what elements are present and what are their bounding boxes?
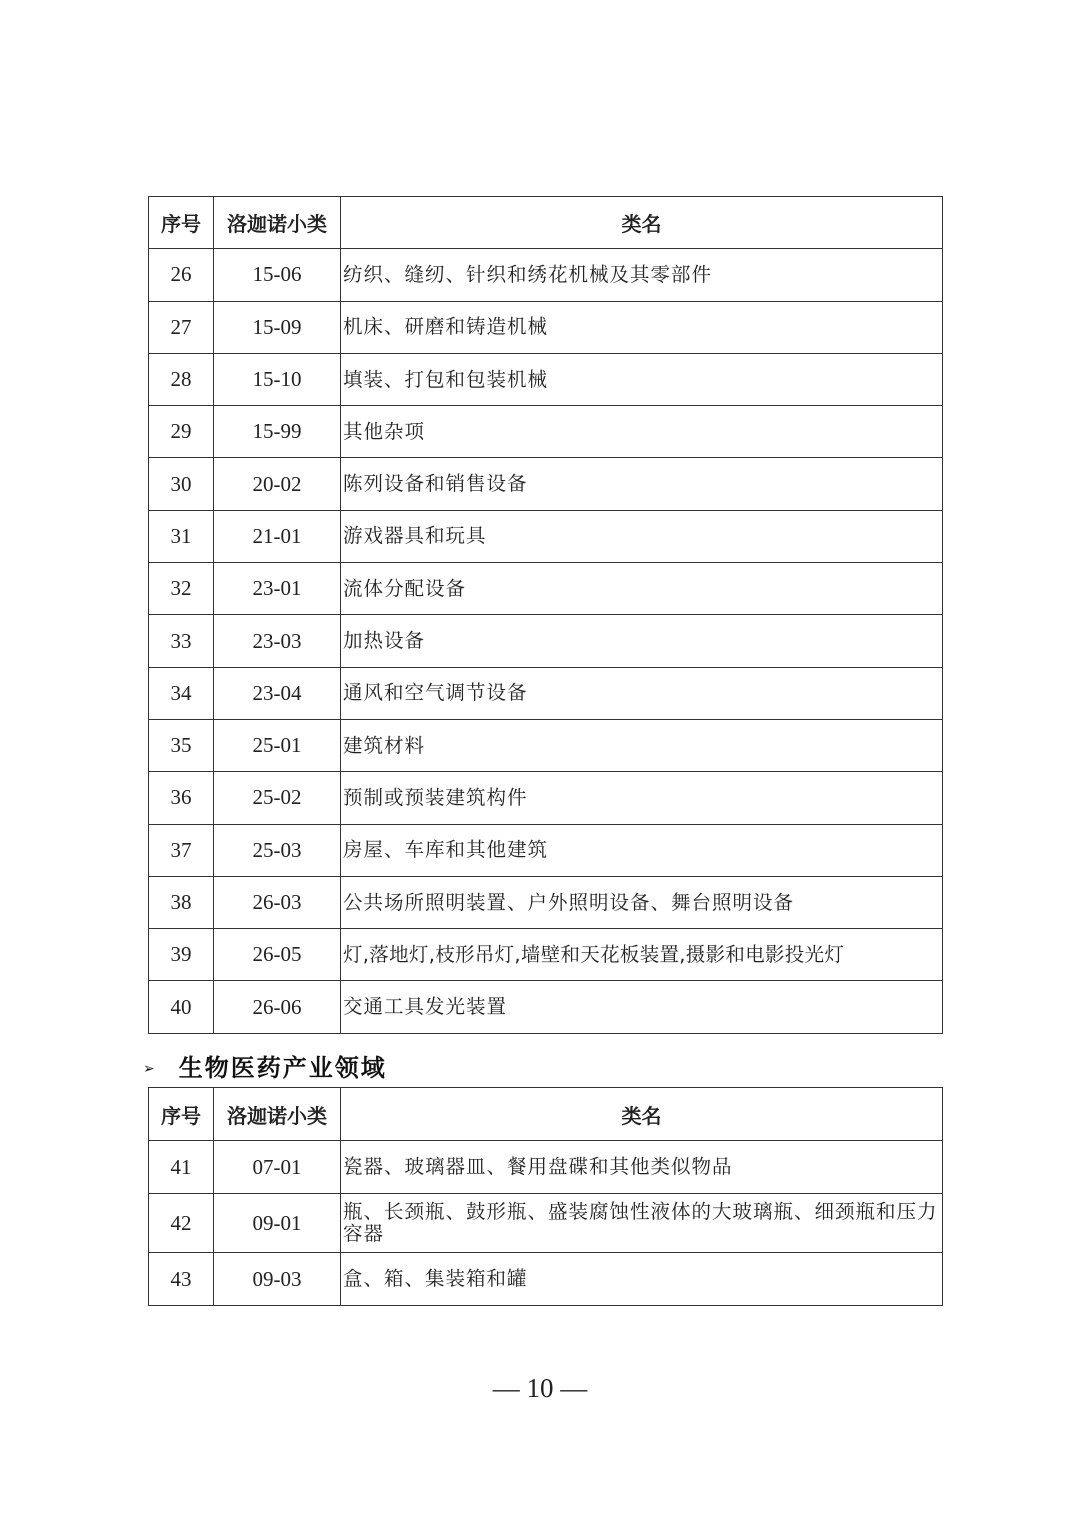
row-code: 23-04 (214, 667, 341, 719)
row-index: 27 (149, 301, 214, 353)
row-index: 40 (149, 981, 214, 1033)
row-name: 陈列设备和销售设备 (341, 458, 943, 510)
row-name: 机床、研磨和铸造机械 (341, 301, 943, 353)
page-number: — 10 — (0, 1373, 1080, 1404)
row-index: 35 (149, 719, 214, 771)
row-code: 26-06 (214, 981, 341, 1033)
design-category-table-1: 序号 洛迦诺小类 类名 2615-06纺织、缝纫、针织和绣花机械及其零部件 27… (148, 196, 943, 1034)
header-index: 序号 (149, 197, 214, 249)
row-code: 07-01 (214, 1141, 341, 1194)
row-index: 32 (149, 563, 214, 615)
header-locarno-subclass: 洛迦诺小类 (214, 197, 341, 249)
row-code: 21-01 (214, 510, 341, 562)
table-header-row: 序号 洛迦诺小类 类名 (149, 197, 943, 249)
table-row: 3223-01流体分配设备 (149, 563, 943, 615)
table-row: 2615-06纺织、缝纫、针织和绣花机械及其零部件 (149, 249, 943, 301)
row-index: 39 (149, 929, 214, 981)
table-row: 3020-02陈列设备和销售设备 (149, 458, 943, 510)
row-code: 09-03 (214, 1253, 341, 1306)
row-name: 瓶、长颈瓶、鼓形瓶、盛装腐蚀性液体的大玻璃瓶、细颈瓶和压力容器 (341, 1194, 943, 1253)
row-index: 30 (149, 458, 214, 510)
table-row: 3625-02预制或预装建筑构件 (149, 772, 943, 824)
row-code: 15-10 (214, 353, 341, 405)
row-code: 26-05 (214, 929, 341, 981)
row-code: 23-03 (214, 615, 341, 667)
row-name: 加热设备 (341, 615, 943, 667)
header-class-name: 类名 (341, 1088, 943, 1141)
header-class-name: 类名 (341, 197, 943, 249)
bullet-arrow-icon: ➢ (143, 1061, 157, 1077)
row-code: 26-03 (214, 876, 341, 928)
row-index: 37 (149, 824, 214, 876)
row-index: 33 (149, 615, 214, 667)
row-name: 预制或预装建筑构件 (341, 772, 943, 824)
table-row: 2715-09机床、研磨和铸造机械 (149, 301, 943, 353)
row-index: 36 (149, 772, 214, 824)
row-name: 游戏器具和玩具 (341, 510, 943, 562)
row-code: 15-09 (214, 301, 341, 353)
table-row: 3423-04通风和空气调节设备 (149, 667, 943, 719)
row-name: 灯,落地灯,枝形吊灯,墙壁和天花板装置,摄影和电影投光灯 (341, 929, 943, 981)
table-row: 3926-05灯,落地灯,枝形吊灯,墙壁和天花板装置,摄影和电影投光灯 (149, 929, 943, 981)
row-code: 15-99 (214, 406, 341, 458)
row-name: 盒、箱、集装箱和罐 (341, 1253, 943, 1306)
table-row: 3323-03加热设备 (149, 615, 943, 667)
row-index: 26 (149, 249, 214, 301)
table-row: 3525-01建筑材料 (149, 719, 943, 771)
table-header-row: 序号 洛迦诺小类 类名 (149, 1088, 943, 1141)
design-category-table-2: 序号 洛迦诺小类 类名 4107-01瓷器、玻璃器皿、餐用盘碟和其他类似物品 4… (148, 1087, 943, 1306)
table-row: 2815-10填装、打包和包装机械 (149, 353, 943, 405)
row-index: 31 (149, 510, 214, 562)
row-index: 28 (149, 353, 214, 405)
row-index: 34 (149, 667, 214, 719)
row-name: 通风和空气调节设备 (341, 667, 943, 719)
row-code: 25-01 (214, 719, 341, 771)
row-index: 41 (149, 1141, 214, 1194)
header-index: 序号 (149, 1088, 214, 1141)
row-code: 09-01 (214, 1194, 341, 1253)
row-name: 交通工具发光装置 (341, 981, 943, 1033)
row-code: 20-02 (214, 458, 341, 510)
row-index: 43 (149, 1253, 214, 1306)
table-row: 3826-03公共场所照明装置、户外照明设备、舞台照明设备 (149, 876, 943, 928)
table-row: 3121-01游戏器具和玩具 (149, 510, 943, 562)
row-name: 填装、打包和包装机械 (341, 353, 943, 405)
table-row: 4107-01瓷器、玻璃器皿、餐用盘碟和其他类似物品 (149, 1141, 943, 1194)
row-name: 公共场所照明装置、户外照明设备、舞台照明设备 (341, 876, 943, 928)
row-index: 42 (149, 1194, 214, 1253)
row-name: 瓷器、玻璃器皿、餐用盘碟和其他类似物品 (341, 1141, 943, 1194)
table-row: 2915-99其他杂项 (149, 406, 943, 458)
row-name: 纺织、缝纫、针织和绣花机械及其零部件 (341, 249, 943, 301)
row-index: 29 (149, 406, 214, 458)
section-heading-biomedicine: ➢生物医药产业领域 (143, 1048, 387, 1083)
table-row: 4026-06交通工具发光装置 (149, 981, 943, 1033)
row-name: 流体分配设备 (341, 563, 943, 615)
table-row: 4309-03盒、箱、集装箱和罐 (149, 1253, 943, 1306)
section-title: 生物医药产业领域 (179, 1054, 387, 1082)
row-name: 其他杂项 (341, 406, 943, 458)
table-row: 4209-01瓶、长颈瓶、鼓形瓶、盛装腐蚀性液体的大玻璃瓶、细颈瓶和压力容器 (149, 1194, 943, 1253)
row-index: 38 (149, 876, 214, 928)
row-code: 25-03 (214, 824, 341, 876)
row-name: 房屋、车库和其他建筑 (341, 824, 943, 876)
row-name: 建筑材料 (341, 719, 943, 771)
row-code: 25-02 (214, 772, 341, 824)
row-code: 15-06 (214, 249, 341, 301)
table-row: 3725-03房屋、车库和其他建筑 (149, 824, 943, 876)
header-locarno-subclass: 洛迦诺小类 (214, 1088, 341, 1141)
row-code: 23-01 (214, 563, 341, 615)
